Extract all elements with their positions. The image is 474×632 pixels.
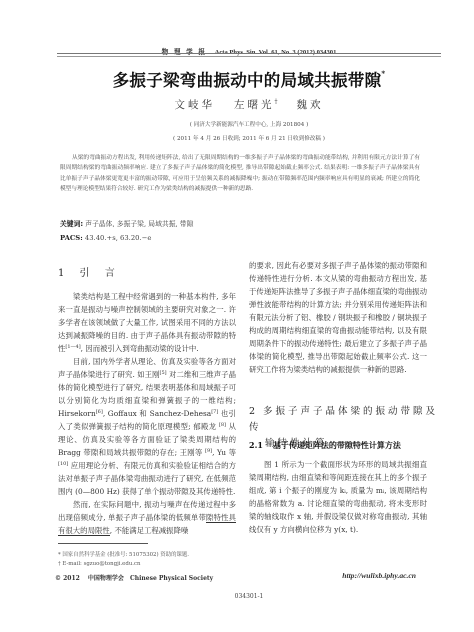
- footnote-email[interactable]: † E-mail: sgzuo@tongji.edu.cn: [58, 561, 141, 567]
- footnote-funding: * 国家自然科学基金 (批准号: 51075302) 资助的课题.: [58, 550, 189, 558]
- article-title: 多振子梁弯曲振动中的局域共振带隙*: [57, 67, 441, 91]
- title-text: 多振子梁弯曲振动中的局域共振带隙: [113, 71, 382, 90]
- section-title-line1: 多振子声子晶体梁的振动带隙及传: [249, 406, 438, 433]
- section-heading-introduction: 1 引 言: [58, 264, 121, 279]
- citation-link[interactable]: [10]: [58, 461, 68, 467]
- subsection-title: 基于传递矩阵法的带隙特性计算方法: [273, 441, 401, 450]
- paragraph: 梁类结构是工程中经常遇到的一种基本构件, 多年来一直是振动与噪声控制领域的主要研…: [58, 290, 236, 355]
- journal-url-link[interactable]: http://wulixb.iphy.ac.cn: [342, 571, 416, 580]
- citation-link[interactable]: [5]: [160, 370, 167, 376]
- citation-link[interactable]: [7]: [211, 409, 218, 415]
- keywords: 关键词: 声子晶体, 多振子梁, 局域共振, 带隙: [60, 218, 420, 228]
- title-footnote-mark: *: [381, 69, 385, 78]
- pacs-label: PACS:: [60, 234, 83, 242]
- paragraph: 然而, 在实际问题中, 振动与噪声在传递过程中多出现倍频成分, 单振子声子晶体梁…: [58, 498, 236, 537]
- text: , 不能满足工程减振降噪: [110, 526, 189, 535]
- section-number: 2: [249, 406, 255, 417]
- author-mark: †: [275, 99, 278, 106]
- right-column-bottom: 图 1 所示为一个截面形状为环形的局域共振细直梁周期结构, 由细直梁和等间距连接…: [249, 458, 427, 536]
- paragraph: 目前, 国内外学者从理论、仿真及实验等各方面对声子晶体梁进行了研究. 如王刚[5…: [58, 355, 236, 498]
- text: , Goffaux 和 Sanchez-Dehesa: [103, 409, 211, 418]
- society-name-en: Chinese Physical Society: [130, 575, 213, 582]
- right-column-top: 的要求, 因此有必要对多振子声子晶体梁的振动带隙和传递特性进行分析. 本文从梁的…: [249, 259, 427, 376]
- left-column: 梁类结构是工程中经常遇到的一种基本构件, 多年来一直是振动与噪声控制领域的主要研…: [58, 290, 236, 537]
- pacs-value: 43.40.+s, 63.20.−e: [85, 234, 151, 242]
- copyright-year: © 2012: [55, 575, 80, 582]
- keywords-label: 关键词:: [60, 220, 83, 228]
- subsection-number: 2.1: [249, 440, 263, 450]
- author: 魏欢: [297, 99, 324, 111]
- author: 左曙光: [234, 99, 275, 111]
- header-rule: [57, 53, 441, 57]
- affiliation: ( 同济大学新能源汽车工程中心, 上海 201804 ): [57, 120, 441, 128]
- citation-link[interactable]: [8]: [219, 422, 226, 428]
- society-name-cn: 中国物理学会: [88, 575, 124, 582]
- text: , Yu 等: [212, 448, 236, 457]
- paragraph: 图 1 所示为一个截面形状为环形的局域共振细直梁周期结构, 由细直梁和等间距连接…: [249, 458, 427, 536]
- citation-link[interactable]: [6]: [96, 409, 103, 415]
- author-list: 文岐华 左曙光† 魏欢: [57, 97, 441, 112]
- paragraph: 的要求, 因此有必要对多振子声子晶体梁的振动带隙和传递特性进行分析. 本文从梁的…: [249, 259, 427, 376]
- page-number: 034301-1: [57, 593, 441, 600]
- footnote-rule: [58, 543, 148, 544]
- footer-copyright: © 2012 中国物理学会 Chinese Physical Society: [55, 573, 213, 582]
- subsection-heading-2-1: 2.1基于传递矩阵法的带隙特性计算方法: [249, 440, 401, 451]
- citation-link[interactable]: [9]: [205, 448, 212, 454]
- text: , 因而被引入到弯曲振动梁的设计中.: [81, 344, 199, 353]
- author: 文岐华: [174, 99, 215, 111]
- keywords-value: 声子晶体, 多振子梁, 局域共振, 带隙: [85, 220, 193, 228]
- text: 应用理论分析、有限元仿真和实验验证相结合的方法对单振子声子晶体梁弯曲振动进行了研…: [58, 461, 236, 496]
- paper-page: 物 理 学 报 Acta Phys. Sin. Vol. 61, No. 3 (…: [0, 0, 474, 632]
- received-dates: ( 2011 年 4 月 26 日收到; 2011 年 6 月 21 日收到修改…: [57, 134, 441, 142]
- citation-link[interactable]: [1—4]: [65, 344, 80, 350]
- abstract: 从梁的弯曲振动方程出发, 利用传递矩阵法, 给出了无限周期结构的一维多振子声子晶…: [60, 153, 420, 195]
- pacs: PACS: 43.40.+s, 63.20.−e: [60, 234, 420, 242]
